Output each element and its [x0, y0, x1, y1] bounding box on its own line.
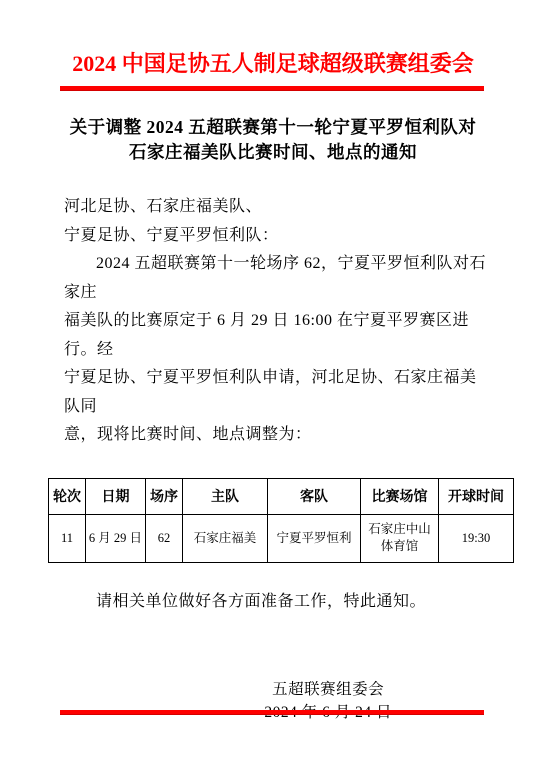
col-header-date: 日期: [86, 478, 146, 514]
col-header-venue: 比赛场馆: [361, 478, 439, 514]
table-header-row: 轮次 日期 场序 主队 客队 比赛场馆 开球时间: [49, 478, 514, 514]
letterhead-title: 2024 中国足协五人制足球超级联赛组委会: [0, 0, 546, 80]
col-header-kickoff: 开球时间: [439, 478, 514, 514]
body-line-1: 2024 五超联赛第十一轮场序 62，宁夏平罗恒利队对石家庄: [64, 250, 492, 307]
cell-date: 6 月 29 日: [86, 514, 146, 562]
footer-rule: [60, 710, 484, 715]
body-line-4: 意，现将比赛时间、地点调整为：: [64, 421, 492, 450]
body-line-2: 福美队的比赛原定于 6 月 29 日 16:00 在宁夏平罗赛区进行。经: [64, 307, 492, 364]
cell-venue: 石家庄中山 体育馆: [361, 514, 439, 562]
document-page: 2024 中国足协五人制足球超级联赛组委会 关于调整 2024 五超联赛第十一轮…: [0, 0, 546, 757]
cell-home: 石家庄福美: [183, 514, 268, 562]
body-line-3: 宁夏足协、宁夏平罗恒利队申请，河北足协、石家庄福美队同: [64, 364, 492, 421]
cell-order: 62: [146, 514, 183, 562]
closing-line: 请相关单位做好各方面准备工作，特此通知。: [64, 588, 492, 617]
letterhead-rule: [60, 86, 484, 91]
notice-body: 河北足协、石家庄福美队、 宁夏足协、宁夏平罗恒利队： 2024 五超联赛第十一轮…: [64, 193, 492, 450]
col-header-order: 场序: [146, 478, 183, 514]
table-row: 11 6 月 29 日 62 石家庄福美 宁夏平罗恒利 石家庄中山 体育馆 19…: [49, 514, 514, 562]
notice-title: 关于调整 2024 五超联赛第十一轮宁夏平罗恒利队对 石家庄福美队比赛时间、地点…: [0, 115, 546, 165]
match-schedule-table: 轮次 日期 场序 主队 客队 比赛场馆 开球时间 11 6 月 29 日 62 …: [48, 478, 514, 563]
col-header-round: 轮次: [49, 478, 86, 514]
cell-kickoff: 19:30: [439, 514, 514, 562]
col-header-home: 主队: [183, 478, 268, 514]
col-header-away: 客队: [268, 478, 361, 514]
addressee-line-2: 宁夏足协、宁夏平罗恒利队：: [64, 222, 492, 251]
addressee-line-1: 河北足协、石家庄福美队、: [64, 193, 492, 222]
signature-org: 五超联赛组委会: [264, 678, 392, 701]
notice-title-line2: 石家庄福美队比赛时间、地点的通知: [0, 140, 546, 165]
signature-block: 五超联赛组委会 2024 年 6 月 24 日: [264, 678, 392, 724]
cell-round: 11: [49, 514, 86, 562]
notice-title-line1: 关于调整 2024 五超联赛第十一轮宁夏平罗恒利队对: [0, 115, 546, 140]
cell-away: 宁夏平罗恒利: [268, 514, 361, 562]
